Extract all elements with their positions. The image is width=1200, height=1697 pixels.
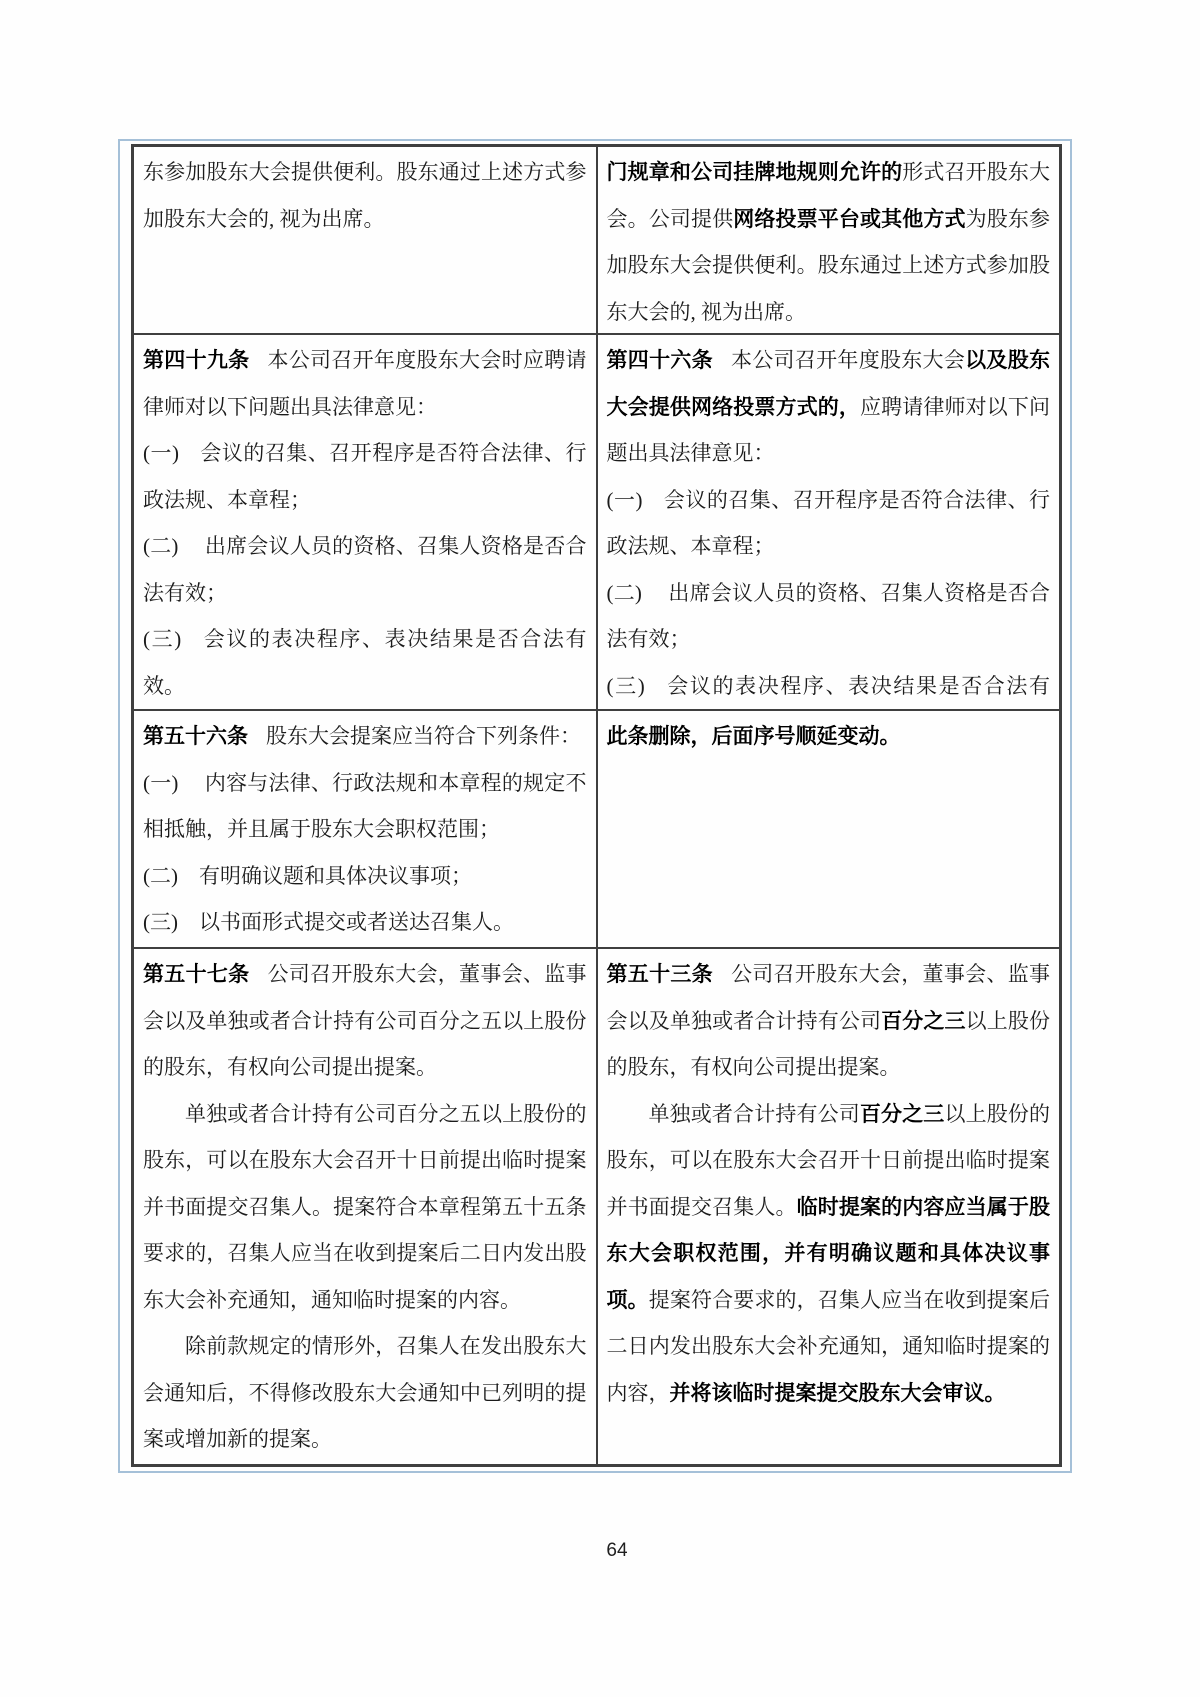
text-paragraph: (三) 会议的表决程序、表决结果是否合法有效。	[143, 616, 587, 709]
text-run: 单独或者合计持有公司百分之五以上股份的股东，可以在股东大会召开十日前提出临时提案…	[143, 1102, 587, 1312]
article-number: 第四十九条	[143, 348, 249, 372]
old-version-cell: 东参加股东大会提供便利。股东通过上述方式参加股东大会的, 视为出席。	[134, 147, 598, 333]
text-run: 股东大会提案应当符合下列条件：	[266, 724, 581, 748]
text-paragraph: 除前款规定的情形外，召集人在发出股东大会通知后，不得修改股东大会通知中已列明的提…	[143, 1323, 587, 1463]
revised-version-cell: 此条删除，后面序号顺延变动。	[598, 711, 1060, 947]
article-number: 第四十六条	[607, 348, 713, 372]
text-run: (三) 会议的表决程序、表决结果是否合法有效。	[143, 627, 587, 698]
revised-version-cell: 门规章和公司挂牌地规则允许的形式召开股东大会。公司提供网络投票平台或其他方式为股…	[598, 147, 1060, 333]
text-run: 东参加股东大会提供便利。股东通过上述方式参加股东大会的, 视为出席。	[143, 160, 587, 231]
text-paragraph: 此条删除，后面序号顺延变动。	[607, 713, 1051, 760]
text-paragraph: (三) 会议的表决程序、表决结果是否合法有效。	[607, 663, 1051, 710]
comparison-table-frame: 东参加股东大会提供便利。股东通过上述方式参加股东大会的, 视为出席。门规章和公司…	[118, 139, 1072, 1473]
revised-version-cell: 第四十六条本公司召开年度股东大会以及股东大会提供网络投票方式的，应聘请律师对以下…	[598, 335, 1060, 709]
text-paragraph: 第四十九条本公司召开年度股东大会时应聘请律师对以下问题出具法律意见：	[143, 337, 587, 430]
revised-text-run: 百分之三	[860, 1102, 945, 1126]
text-paragraph: 门规章和公司挂牌地规则允许的形式召开股东大会。公司提供网络投票平台或其他方式为股…	[607, 149, 1051, 333]
old-version-cell: 第五十六条股东大会提案应当符合下列条件：(一) 内容与法律、行政法规和本章程的规…	[134, 711, 598, 947]
article-number: 第五十七条	[143, 962, 249, 986]
text-paragraph: 第五十六条股东大会提案应当符合下列条件：	[143, 713, 587, 760]
revised-text-run: 百分之三	[881, 1009, 966, 1033]
text-paragraph: 第五十七条公司召开股东大会，董事会、监事会以及单独或者合计持有公司百分之五以上股…	[143, 951, 587, 1091]
text-run: (二) 出席会议人员的资格、召集人资格是否合法有效；	[607, 581, 1051, 652]
text-run: (三) 以书面形式提交或者送达召集人。	[143, 910, 514, 934]
text-run: (一) 会议的召集、召开程序是否符合法律、行政法规、本章程；	[607, 488, 1051, 559]
revised-text-run: 此条删除，后面序号顺延变动。	[607, 724, 901, 748]
text-paragraph: (二) 出席会议人员的资格、召集人资格是否合法有效；	[607, 570, 1051, 663]
text-paragraph: (一) 会议的召集、召开程序是否符合法律、行政法规、本章程；	[143, 430, 587, 523]
revised-text-run: 门规章和公司挂牌地规则允许的	[607, 160, 903, 184]
table-row: 第五十七条公司召开股东大会，董事会、监事会以及单独或者合计持有公司百分之五以上股…	[134, 949, 1059, 1464]
text-run: 本公司召开年度股东大会	[731, 348, 965, 372]
text-run: (三) 会议的表决程序、表决结果是否合法有效。	[607, 674, 1051, 710]
article-number: 第五十三条	[607, 962, 713, 986]
text-run: 除前款规定的情形外，召集人在发出股东大会通知后，不得修改股东大会通知中已列明的提…	[143, 1334, 587, 1451]
text-run: (一) 内容与法律、行政法规和本章程的规定不相抵触，并且属于股东大会职权范围；	[143, 771, 587, 842]
text-paragraph: (三) 以书面形式提交或者送达召集人。	[143, 899, 587, 946]
text-run: (二) 有明确议题和具体决议事项；	[143, 864, 472, 888]
text-run: (二) 出席会议人员的资格、召集人资格是否合法有效；	[143, 534, 587, 605]
table-row: 第四十九条本公司召开年度股东大会时应聘请律师对以下问题出具法律意见：(一) 会议…	[134, 335, 1059, 711]
text-paragraph: (二) 出席会议人员的资格、召集人资格是否合法有效；	[143, 523, 587, 616]
revised-text-run: 并将该临时提案提交股东大会审议。	[670, 1381, 1006, 1405]
comparison-table: 东参加股东大会提供便利。股东通过上述方式参加股东大会的, 视为出席。门规章和公司…	[131, 144, 1062, 1467]
text-run: 单独或者合计持有公司	[649, 1102, 860, 1126]
text-paragraph: 第五十三条公司召开股东大会，董事会、监事会以及单独或者合计持有公司百分之三以上股…	[607, 951, 1051, 1091]
text-paragraph: (一) 内容与法律、行政法规和本章程的规定不相抵触，并且属于股东大会职权范围；	[143, 760, 587, 853]
document-page: 东参加股东大会提供便利。股东通过上述方式参加股东大会的, 视为出席。门规章和公司…	[0, 0, 1200, 1697]
text-paragraph: 第四十六条本公司召开年度股东大会以及股东大会提供网络投票方式的，应聘请律师对以下…	[607, 337, 1051, 477]
table-row: 东参加股东大会提供便利。股东通过上述方式参加股东大会的, 视为出席。门规章和公司…	[134, 147, 1059, 335]
old-version-cell: 第四十九条本公司召开年度股东大会时应聘请律师对以下问题出具法律意见：(一) 会议…	[134, 335, 598, 709]
text-paragraph: 东参加股东大会提供便利。股东通过上述方式参加股东大会的, 视为出席。	[143, 149, 587, 242]
text-paragraph: 单独或者合计持有公司百分之三以上股份的股东，可以在股东大会召开十日前提出临时提案…	[607, 1091, 1051, 1417]
text-run: (一) 会议的召集、召开程序是否符合法律、行政法规、本章程；	[143, 441, 587, 512]
article-number: 第五十六条	[143, 724, 248, 748]
revised-text-run: 网络投票平台或其他方式	[733, 207, 965, 231]
page-number: 64	[606, 1540, 627, 1562]
text-paragraph: (二) 有明确议题和具体决议事项；	[143, 853, 587, 900]
text-paragraph: (一) 会议的召集、召开程序是否符合法律、行政法规、本章程；	[607, 477, 1051, 570]
old-version-cell: 第五十七条公司召开股东大会，董事会、监事会以及单独或者合计持有公司百分之五以上股…	[134, 949, 598, 1464]
table-row: 第五十六条股东大会提案应当符合下列条件：(一) 内容与法律、行政法规和本章程的规…	[134, 711, 1059, 949]
text-paragraph: 单独或者合计持有公司百分之五以上股份的股东，可以在股东大会召开十日前提出临时提案…	[143, 1091, 587, 1324]
revised-version-cell: 第五十三条公司召开股东大会，董事会、监事会以及单独或者合计持有公司百分之三以上股…	[598, 949, 1060, 1464]
